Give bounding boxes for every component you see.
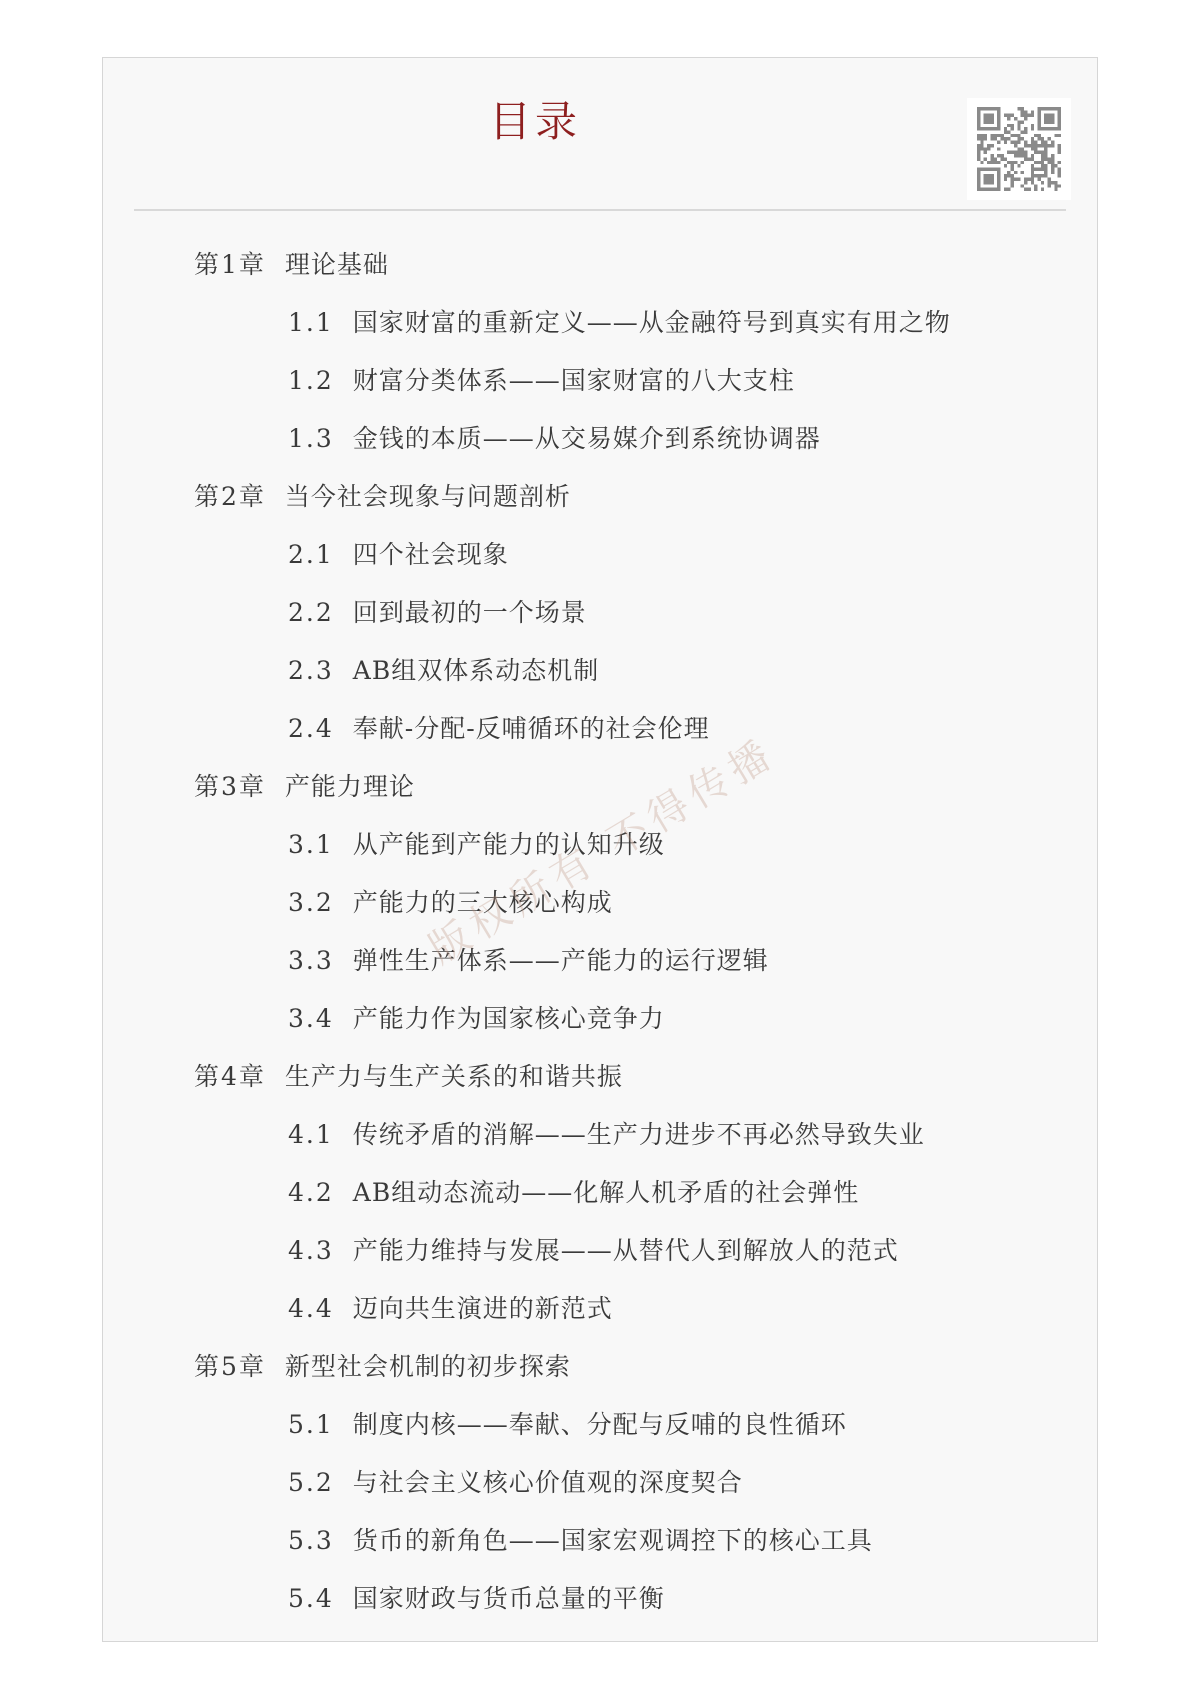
toc-entry-number: 4.2 <box>288 1178 334 1207</box>
toc-chapter-entry: 第3章产能力理论 <box>103 758 1097 816</box>
toc-entry-title: AB组双体系动态机制 <box>353 656 599 685</box>
toc-sub-entry: 4.3产能力维持与发展——从替代人到解放人的范式 <box>103 1222 1097 1280</box>
toc-entry-number: 5.1 <box>288 1410 334 1439</box>
toc-entry-title: 四个社会现象 <box>353 540 509 569</box>
toc-entry-title: 产能力理论 <box>285 772 415 801</box>
toc-entry-title: 迈向共生演进的新范式 <box>353 1294 613 1323</box>
toc-entry-number: 1.1 <box>288 308 334 337</box>
toc-entry-title: 生产力与生产关系的和谐共振 <box>285 1062 623 1091</box>
toc-entry-title: 制度内核——奉献、分配与反哺的良性循环 <box>353 1410 847 1439</box>
toc-sub-entry: 3.3弹性生产体系——产能力的运行逻辑 <box>103 932 1097 990</box>
toc-entry-title: 弹性生产体系——产能力的运行逻辑 <box>353 946 769 975</box>
toc-sub-entry: 3.2产能力的三大核心构成 <box>103 874 1097 932</box>
toc-sub-entry: 4.2AB组动态流动——化解人机矛盾的社会弹性 <box>103 1164 1097 1222</box>
toc-entry-number: 3.4 <box>288 1004 334 1033</box>
toc-sub-entry: 5.4国家财政与货币总量的平衡 <box>103 1570 1097 1628</box>
toc-sub-entry: 3.4产能力作为国家核心竞争力 <box>103 990 1097 1048</box>
toc-sub-entry: 5.2与社会主义核心价值观的深度契合 <box>103 1454 1097 1512</box>
toc-chapter-entry: 第1章理论基础 <box>103 236 1097 294</box>
toc-entry-number: 2.3 <box>288 656 334 685</box>
toc-entry-title: 理论基础 <box>285 250 389 279</box>
toc-entry-title: 与社会主义核心价值观的深度契合 <box>353 1468 743 1497</box>
toc-chapter-entry: 第4章生产力与生产关系的和谐共振 <box>103 1048 1097 1106</box>
toc-entry-title: 当今社会现象与问题剖析 <box>285 482 571 511</box>
toc-entry-title: AB组动态流动——化解人机矛盾的社会弹性 <box>353 1178 859 1207</box>
toc-entry-title: 金钱的本质——从交易媒介到系统协调器 <box>353 424 821 453</box>
toc-entry-number: 第4章 <box>194 1062 266 1091</box>
toc-entry-title: 货币的新角色——国家宏观调控下的核心工具 <box>353 1526 873 1555</box>
toc-entry-number: 4.1 <box>288 1120 334 1149</box>
toc-entry-number: 第1章 <box>194 250 266 279</box>
toc-sub-entry: 2.2回到最初的一个场景 <box>103 584 1097 642</box>
toc-entry-number: 2.4 <box>288 714 334 743</box>
toc-entry-number: 2.1 <box>288 540 334 569</box>
toc-entry-number: 第2章 <box>194 482 266 511</box>
toc-entry-number: 4.4 <box>288 1294 334 1323</box>
toc-entry-number: 3.2 <box>288 888 334 917</box>
toc-entry-title: 国家财富的重新定义——从金融符号到真实有用之物 <box>353 308 951 337</box>
toc-entry-title: 传统矛盾的消解——生产力进步不再必然导致失业 <box>353 1120 925 1149</box>
toc-entry-number: 4.3 <box>288 1236 334 1265</box>
toc-sub-entry: 4.4迈向共生演进的新范式 <box>103 1280 1097 1338</box>
toc-entry-number: 5.3 <box>288 1526 334 1555</box>
toc-entry-title: 新型社会机制的初步探索 <box>285 1352 571 1381</box>
toc-sub-entry: 3.1从产能到产能力的认知升级 <box>103 816 1097 874</box>
toc-entry-number: 第5章 <box>194 1352 266 1381</box>
toc-entry-number: 第3章 <box>194 772 266 801</box>
toc-chapter-entry: 第5章新型社会机制的初步探索 <box>103 1338 1097 1396</box>
toc-sub-entry: 5.3货币的新角色——国家宏观调控下的核心工具 <box>103 1512 1097 1570</box>
toc-entry-title: 产能力的三大核心构成 <box>353 888 613 917</box>
toc-sub-entry: 4.1传统矛盾的消解——生产力进步不再必然导致失业 <box>103 1106 1097 1164</box>
toc-sub-entry: 2.3AB组双体系动态机制 <box>103 642 1097 700</box>
toc-sub-entry: 1.3金钱的本质——从交易媒介到系统协调器 <box>103 410 1097 468</box>
toc-entry-number: 2.2 <box>288 598 334 627</box>
toc-entry-title: 回到最初的一个场景 <box>353 598 587 627</box>
toc-entry-title: 财富分类体系——国家财富的八大支柱 <box>353 366 795 395</box>
toc-sub-entry: 5.1制度内核——奉献、分配与反哺的良性循环 <box>103 1396 1097 1454</box>
toc-entry-number: 1.3 <box>288 424 334 453</box>
toc-sub-entry: 1.1国家财富的重新定义——从金融符号到真实有用之物 <box>103 294 1097 352</box>
toc-entry-number: 5.4 <box>288 1584 334 1613</box>
toc-entry-number: 3.3 <box>288 946 334 975</box>
toc-entry-title: 国家财政与货币总量的平衡 <box>353 1584 665 1613</box>
toc-entry-title: 产能力作为国家核心竞争力 <box>353 1004 665 1033</box>
page-title: 目录 <box>103 98 967 146</box>
toc-sub-entry: 2.4奉献-分配-反哺循环的社会伦理 <box>103 700 1097 758</box>
toc-entry-number: 1.2 <box>288 366 334 395</box>
toc-entry-title: 奉献-分配-反哺循环的社会伦理 <box>353 714 710 743</box>
toc-entry-title: 从产能到产能力的认知升级 <box>353 830 665 859</box>
qr-code <box>967 98 1071 200</box>
toc-sub-entry: 1.2财富分类体系——国家财富的八大支柱 <box>103 352 1097 410</box>
toc-entry-title: 产能力维持与发展——从替代人到解放人的范式 <box>353 1236 899 1265</box>
toc-entry-number: 5.2 <box>288 1468 334 1497</box>
title-divider <box>134 209 1066 211</box>
toc-sub-entry: 2.1四个社会现象 <box>103 526 1097 584</box>
toc-list: 第1章理论基础1.1国家财富的重新定义——从金融符号到真实有用之物1.2财富分类… <box>103 236 1097 1628</box>
toc-chapter-entry: 第2章当今社会现象与问题剖析 <box>103 468 1097 526</box>
toc-entry-number: 3.1 <box>288 830 334 859</box>
document-page: 目录 第1章理论基础1.1国家财富的重新定义——从金融符号到真实有用之物1.2财… <box>102 57 1098 1642</box>
